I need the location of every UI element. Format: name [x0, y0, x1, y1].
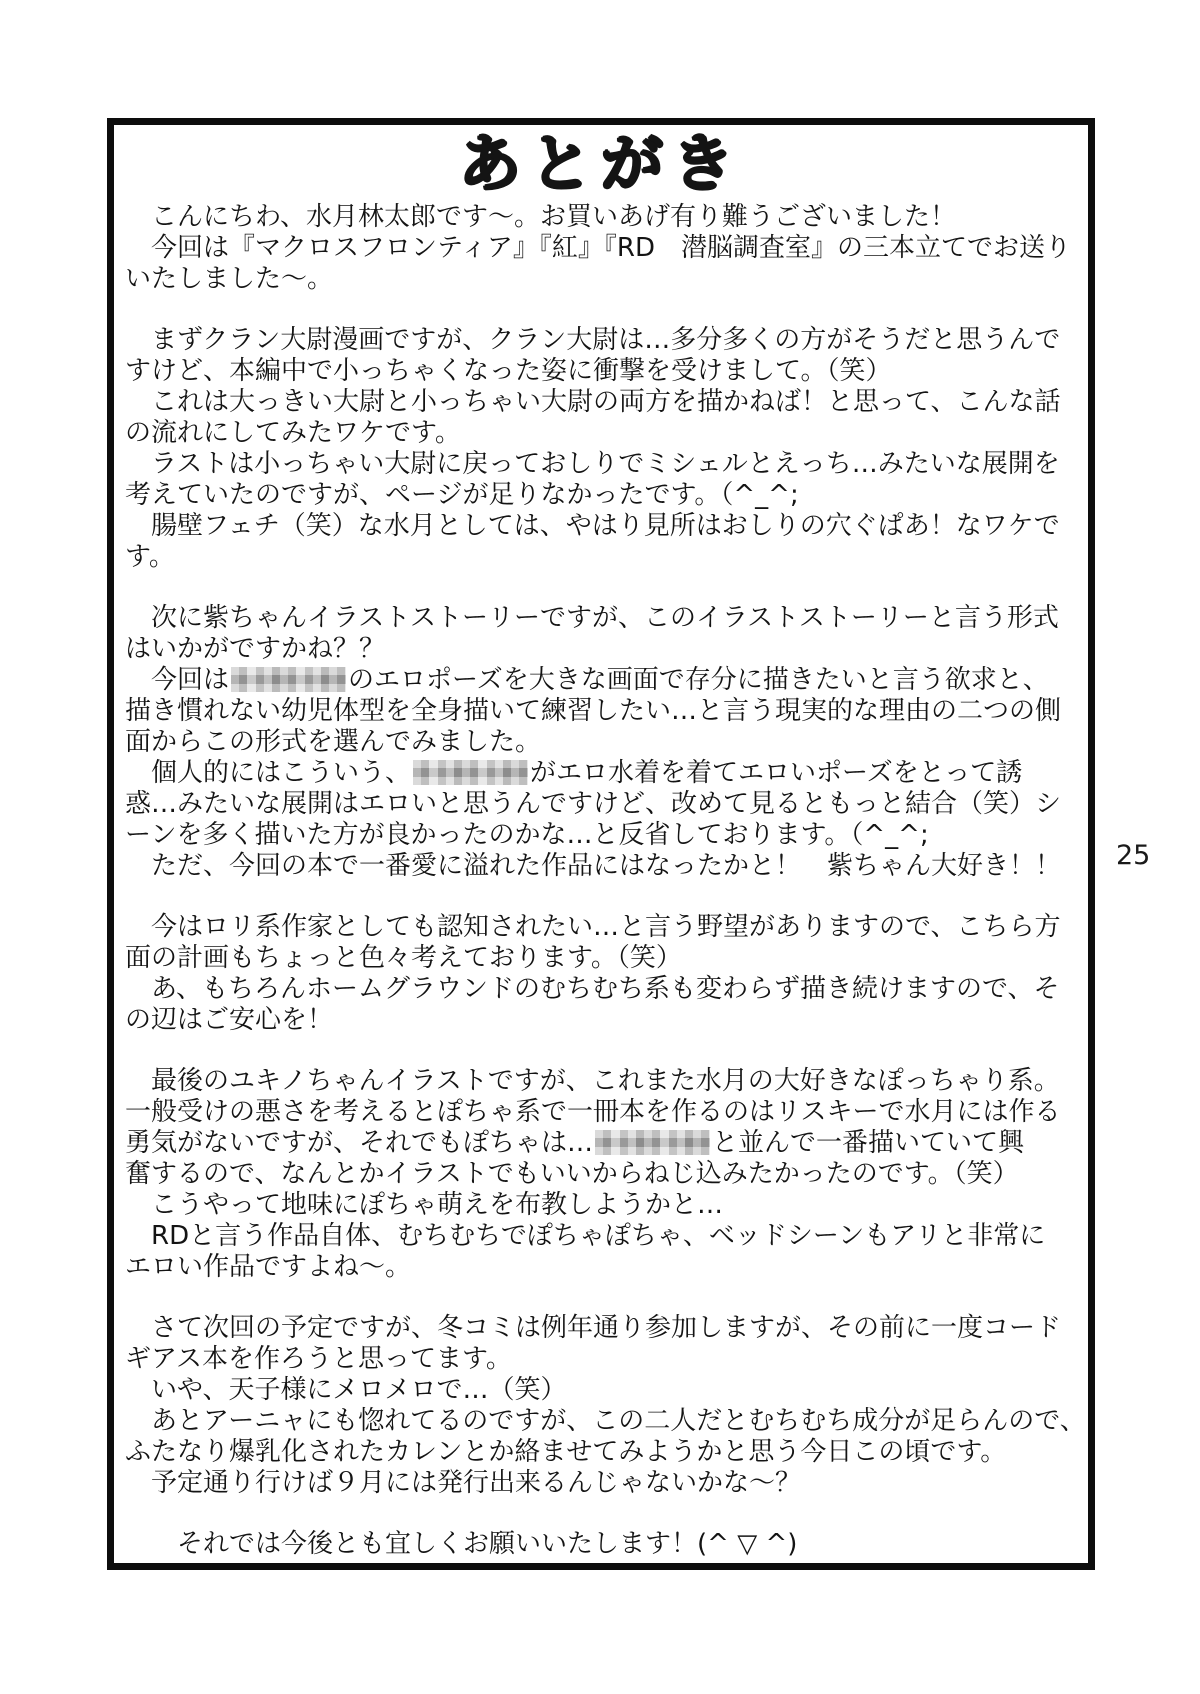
scanned-page: あとがき こんにちわ、水月林太郎です～。お買いあげ有り難うございました！ 今回は…: [0, 0, 1200, 1694]
text-line: 個人的にはこういう、がエロ水着を着てエロいポーズをとって誘: [125, 758, 1080, 789]
text-line: RDと言う作品自体、むちむちでぽちゃぽちゃ、ベッドシーンもアリと非常に: [125, 1221, 1080, 1252]
text-line: すけど、本編中で小っちゃくなった姿に衝撃を受けまして。（笑）: [125, 356, 1080, 387]
text-line: 考えていたのですが、ページが足りなかったです。（^_^;: [125, 480, 1080, 511]
censored-name-mosaic: [413, 760, 528, 785]
text-line: あとアーニャにも惚れてるのですが、この二人だとむちむち成分が足らんので、: [125, 1406, 1080, 1437]
text-line: す。: [125, 542, 1080, 573]
text-line: ーンを多く描いた方が良かったのかな…と反省しております。（^_^;: [125, 820, 1080, 851]
paragraph: それでは今後とも宜しくお願いいたします！(^ ▽ ^): [125, 1529, 1080, 1560]
page-title: あとがき: [114, 128, 1088, 200]
text-line: 面の計画もちょっと色々考えております。（笑）: [125, 943, 1080, 974]
paragraph: 次に紫ちゃんイラストストーリーですが、このイラストストーリーと言う形式はいかがで…: [125, 603, 1080, 882]
text-line: いや、天子様にメロメロで…（笑）: [125, 1375, 1080, 1406]
text-line: 今回はのエロポーズを大きな画面で存分に描きたいと言う欲求と、: [125, 665, 1080, 696]
text-line: 今はロリ系作家としても認知されたい…と言う野望がありますので、こちら方: [125, 912, 1080, 943]
text-line: さて次回の予定ですが、冬コミは例年通り参加しますが、その前に一度コード: [125, 1313, 1080, 1344]
text-line: 今回は『マクロスフロンティア』『紅』『RD 潜脳調査室』の三本立てでお送り: [125, 233, 1080, 264]
afterword-body: こんにちわ、水月林太郎です～。お買いあげ有り難うございました！ 今回は『マクロス…: [114, 200, 1088, 1560]
text-line: 描き慣れない幼児体型を全身描いて練習したい…と言う現実的な理由の二つの側: [125, 696, 1080, 727]
text-line: ふたなり爆乳化されたカレンとか絡ませてみようかと思う今日この頃です。: [125, 1437, 1080, 1468]
text-line: の流れにしてみたワケです。: [125, 418, 1080, 449]
text-line: こんにちわ、水月林太郎です～。お買いあげ有り難うございました！: [125, 202, 1080, 233]
text-line: ギアス本を作ろうと思ってます。: [125, 1344, 1080, 1375]
text-line: エロい作品ですよね～。: [125, 1252, 1080, 1283]
text-line: 一般受けの悪さを考えるとぽちゃ系で一冊本を作るのはリスキーで水月には作る: [125, 1097, 1080, 1128]
text-line: 腸壁フェチ（笑）な水月としては、やはり見所はおしりの穴ぐぱあ！なワケで: [125, 511, 1080, 542]
paragraph: まずクラン大尉漫画ですが、クラン大尉は…多分多くの方がそうだと思うんですけど、本…: [125, 325, 1080, 573]
text-line: これは大っきい大尉と小っちゃい大尉の両方を描かねば！と思って、こんな話: [125, 387, 1080, 418]
text-line: 惑…みたいな展開はエロいと思うんですけど、改めて見るともっと結合（笑）シ: [125, 789, 1080, 820]
text-line: ただ、今回の本で一番愛に溢れた作品にはなったかと！ 紫ちゃん大好き！！: [125, 851, 1080, 882]
page-number: 25: [1116, 840, 1150, 871]
text-line: あ、もちろんホームグラウンドのむちむち系も変わらず描き続けますので、そ: [125, 974, 1080, 1005]
text-line: 最後のユキノちゃんイラストですが、これまた水月の大好きなぽっちゃり系。: [125, 1066, 1080, 1097]
text-line: まずクラン大尉漫画ですが、クラン大尉は…多分多くの方がそうだと思うんで: [125, 325, 1080, 356]
text-line: の辺はご安心を！: [125, 1005, 1080, 1036]
text-line: ラストは小っちゃい大尉に戻っておしりでミシェルとえっち…みたいな展開を: [125, 449, 1080, 480]
censored-name-mosaic: [231, 667, 346, 692]
paragraph: 最後のユキノちゃんイラストですが、これまた水月の大好きなぽっちゃり系。一般受けの…: [125, 1066, 1080, 1283]
text-line: 予定通り行けば９月には発行出来るんじゃないかな～？: [125, 1468, 1080, 1499]
text-line: 面からこの形式を選んでみました。: [125, 727, 1080, 758]
censored-name-mosaic: [595, 1130, 710, 1155]
paragraph: さて次回の予定ですが、冬コミは例年通り参加しますが、その前に一度コードギアス本を…: [125, 1313, 1080, 1499]
paragraph: 今はロリ系作家としても認知されたい…と言う野望がありますので、こちら方面の計画も…: [125, 912, 1080, 1036]
text-line: それでは今後とも宜しくお願いいたします！(^ ▽ ^): [125, 1529, 1080, 1560]
paragraph: こんにちわ、水月林太郎です～。お買いあげ有り難うございました！ 今回は『マクロス…: [125, 202, 1080, 295]
text-line: 次に紫ちゃんイラストストーリーですが、このイラストストーリーと言う形式: [125, 603, 1080, 634]
text-line: こうやって地味にぽちゃ萌えを布教しようかと…: [125, 1190, 1080, 1221]
afterword-frame: あとがき こんにちわ、水月林太郎です～。お買いあげ有り難うございました！ 今回は…: [107, 118, 1095, 1570]
text-line: 勇気がないですが、それでもぽちゃは…と並んで一番描いていて興: [125, 1128, 1080, 1159]
text-line: 奮するので、なんとかイラストでもいいからねじ込みたかったのです。（笑）: [125, 1159, 1080, 1190]
text-line: はいかがですかね？？: [125, 634, 1080, 665]
text-line: いたしました～。: [125, 264, 1080, 295]
